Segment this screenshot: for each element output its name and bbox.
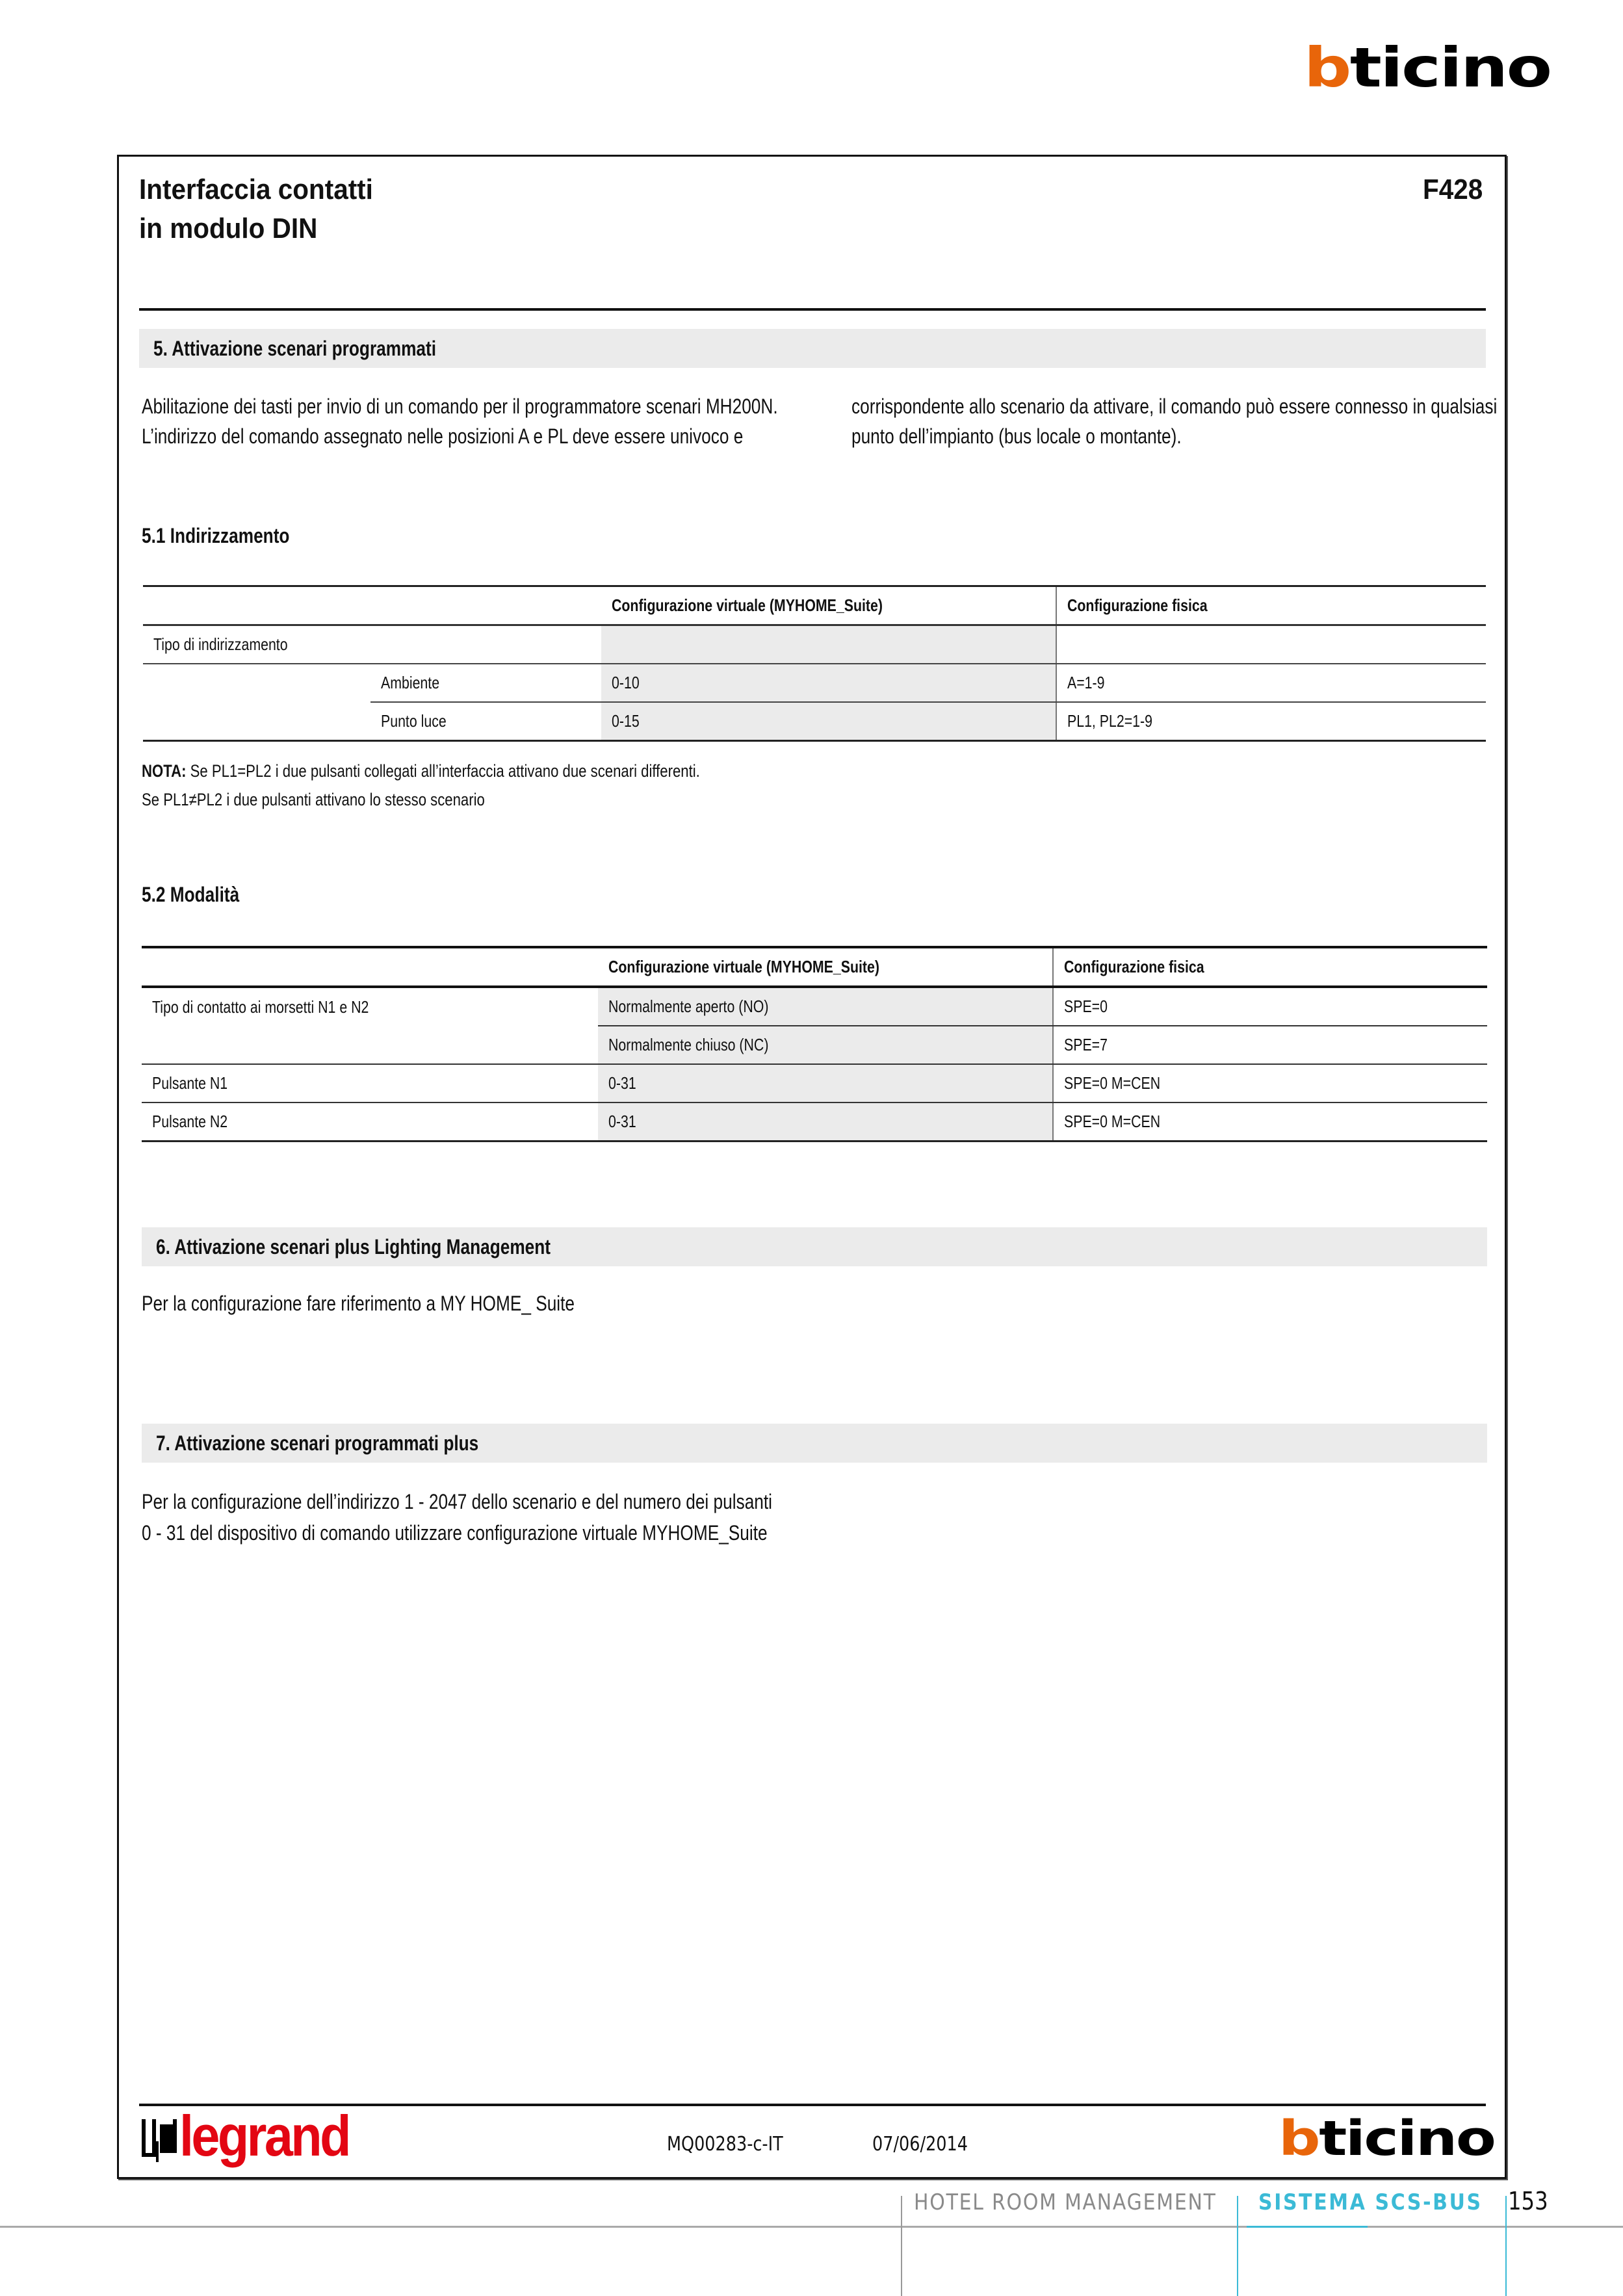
cell-physical: SPE=7 bbox=[1053, 1026, 1487, 1064]
section-5-header: 5. Attivazione scenari programmati bbox=[139, 329, 1486, 368]
cell-physical: A=1-9 bbox=[1056, 664, 1486, 702]
column-header-physical: Configurazione fisica bbox=[1056, 586, 1486, 625]
document-date: 07/06/2014 bbox=[872, 2133, 968, 2156]
section-6-text: Per la configurazione fare riferimento a… bbox=[142, 1288, 669, 1318]
cell-virtual bbox=[601, 625, 1056, 664]
note-line: Se PL1=PL2 i due pulsanti collegati all’… bbox=[186, 761, 699, 781]
running-footer-rule bbox=[1368, 2226, 1623, 2228]
page-title: Interfaccia contatti in modulo DIN bbox=[139, 170, 373, 248]
row-sublabel: Punto luce bbox=[370, 702, 601, 741]
column-header bbox=[142, 947, 598, 987]
section-5-title: 5. Attivazione scenari programmati bbox=[153, 329, 436, 368]
cell-physical bbox=[1056, 625, 1486, 664]
mode-table: Configurazione virtuale (MYHOME_Suite) C… bbox=[142, 946, 1487, 1142]
section-7-title: 7. Attivazione scenari programmati plus bbox=[156, 1424, 478, 1463]
table-row: Tipo di indirizzamento bbox=[143, 625, 1486, 664]
table-row: Pulsante N1 0-31 SPE=0 M=CEN bbox=[142, 1064, 1487, 1102]
table-row: Punto luce 0-15 PL1, PL2=1-9 bbox=[143, 702, 1486, 741]
legrand-wordmark: legrand bbox=[179, 2107, 349, 2165]
row-sublabel: Ambiente bbox=[370, 664, 601, 702]
header-divider bbox=[139, 308, 1486, 311]
table-row: Normalmente chiuso (NC) SPE=7 bbox=[142, 1026, 1487, 1064]
title-line-2: in modulo DIN bbox=[139, 209, 373, 248]
intro-line: Abilitazione dei tasti per invio di un c… bbox=[142, 391, 778, 421]
column-header bbox=[143, 586, 370, 625]
product-code: F428 bbox=[1423, 170, 1483, 209]
table-header-row: Configurazione virtuale (MYHOME_Suite) C… bbox=[143, 586, 1486, 625]
cell-virtual: 0-31 bbox=[598, 1102, 1053, 1141]
table-row: Pulsante N2 0-31 SPE=0 M=CEN bbox=[142, 1102, 1487, 1141]
logo-letter-b: b bbox=[1279, 2111, 1319, 2167]
addressing-note: NOTA: Se PL1=PL2 i due pulsanti collegat… bbox=[142, 757, 822, 814]
category-label: HOTEL ROOM MANAGEMENT bbox=[914, 2189, 1217, 2215]
column-header-virtual: Configurazione virtuale (MYHOME_Suite) bbox=[601, 586, 1056, 625]
section-5-intro-col1: Abilitazione dei tasti per invio di un c… bbox=[142, 391, 917, 451]
bticino-logo-header: bticino bbox=[1304, 40, 1551, 95]
row-label: Tipo di contatto ai morsetti N1 e N2 bbox=[142, 987, 598, 1026]
note-label: NOTA: bbox=[142, 761, 186, 781]
cell-virtual: 0-31 bbox=[598, 1064, 1053, 1102]
table-row: Ambiente 0-10 A=1-9 bbox=[143, 664, 1486, 702]
row-label bbox=[143, 664, 370, 702]
running-footer-separator bbox=[1505, 2196, 1507, 2296]
section-7-text-line: 0 - 31 del dispositivo di comando utiliz… bbox=[142, 1517, 768, 1548]
column-header-physical: Configurazione fisica bbox=[1053, 947, 1487, 987]
section-6-title: 6. Attivazione scenari plus Lighting Man… bbox=[156, 1227, 551, 1266]
bticino-logo-footer: bticino bbox=[1279, 2115, 1494, 2163]
section-7-text-line: Per la configurazione dell’indirizzo 1 -… bbox=[142, 1486, 772, 1517]
page-number: 153 bbox=[1508, 2187, 1548, 2215]
note-line: Se PL1≠PL2 i due pulsanti attivano lo st… bbox=[142, 785, 485, 814]
row-label: Tipo di indirizzamento bbox=[143, 625, 370, 664]
subsection-title-text: 5.1 Indirizzamento bbox=[142, 524, 289, 548]
row-label bbox=[142, 1026, 598, 1064]
legrand-symbol-icon bbox=[142, 2117, 178, 2165]
running-footer-rule-accent bbox=[1247, 2226, 1368, 2228]
cell-physical: SPE=0 M=CEN bbox=[1053, 1102, 1487, 1141]
cell-physical: PL1, PL2=1-9 bbox=[1056, 702, 1486, 741]
section-6-header: 6. Attivazione scenari plus Lighting Man… bbox=[142, 1227, 1487, 1266]
logo-wordmark: ticino bbox=[1350, 36, 1551, 99]
intro-line: punto dell’impianto (bus locale o montan… bbox=[851, 421, 1182, 451]
section-5-intro-col2: corrispondente allo scenario da attivare… bbox=[851, 391, 1623, 451]
logo-letter-b: b bbox=[1304, 36, 1350, 99]
cell-physical: SPE=0 bbox=[1053, 987, 1487, 1026]
row-label bbox=[143, 702, 370, 741]
cell-virtual: Normalmente aperto (NO) bbox=[598, 987, 1053, 1026]
running-footer-separator bbox=[1237, 2196, 1238, 2296]
subsection-5-1-title: 5.1 Indirizzamento bbox=[142, 524, 322, 548]
section-6-text-line: Per la configurazione fare riferimento a… bbox=[142, 1288, 575, 1318]
page-frame bbox=[117, 155, 1507, 2179]
subsection-title-text: 5.2 Modalità bbox=[142, 883, 239, 907]
intro-line: L’indirizzo del comando assegnato nelle … bbox=[142, 421, 743, 451]
running-footer-separator bbox=[901, 2196, 902, 2296]
cell-virtual: Normalmente chiuso (NC) bbox=[598, 1026, 1053, 1064]
row-label: Pulsante N2 bbox=[142, 1102, 598, 1141]
intro-line: corrispondente allo scenario da attivare… bbox=[851, 391, 1497, 421]
cell-virtual: 0-15 bbox=[601, 702, 1056, 741]
addressing-table: Configurazione virtuale (MYHOME_Suite) C… bbox=[143, 585, 1486, 742]
table-row: Tipo di contatto ai morsetti N1 e N2 Nor… bbox=[142, 987, 1487, 1026]
section-7-header: 7. Attivazione scenari programmati plus bbox=[142, 1424, 1487, 1463]
column-header bbox=[370, 586, 601, 625]
cell-virtual: 0-10 bbox=[601, 664, 1056, 702]
section-7-text: Per la configurazione dell’indirizzo 1 -… bbox=[142, 1486, 911, 1548]
running-footer-rule bbox=[0, 2226, 1247, 2228]
logo-wordmark: ticino bbox=[1319, 2111, 1494, 2167]
row-label: Pulsante N1 bbox=[142, 1064, 598, 1102]
document-code: MQ00283-c-IT bbox=[667, 2133, 783, 2156]
title-line-1: Interfaccia contatti bbox=[139, 170, 373, 209]
row-sublabel bbox=[370, 625, 601, 664]
column-header-virtual: Configurazione virtuale (MYHOME_Suite) bbox=[598, 947, 1053, 987]
table-header-row: Configurazione virtuale (MYHOME_Suite) C… bbox=[142, 947, 1487, 987]
subsection-5-2-title: 5.2 Modalità bbox=[142, 883, 261, 907]
system-label: SISTEMA SCS-BUS bbox=[1258, 2189, 1483, 2215]
cell-physical: SPE=0 M=CEN bbox=[1053, 1064, 1487, 1102]
